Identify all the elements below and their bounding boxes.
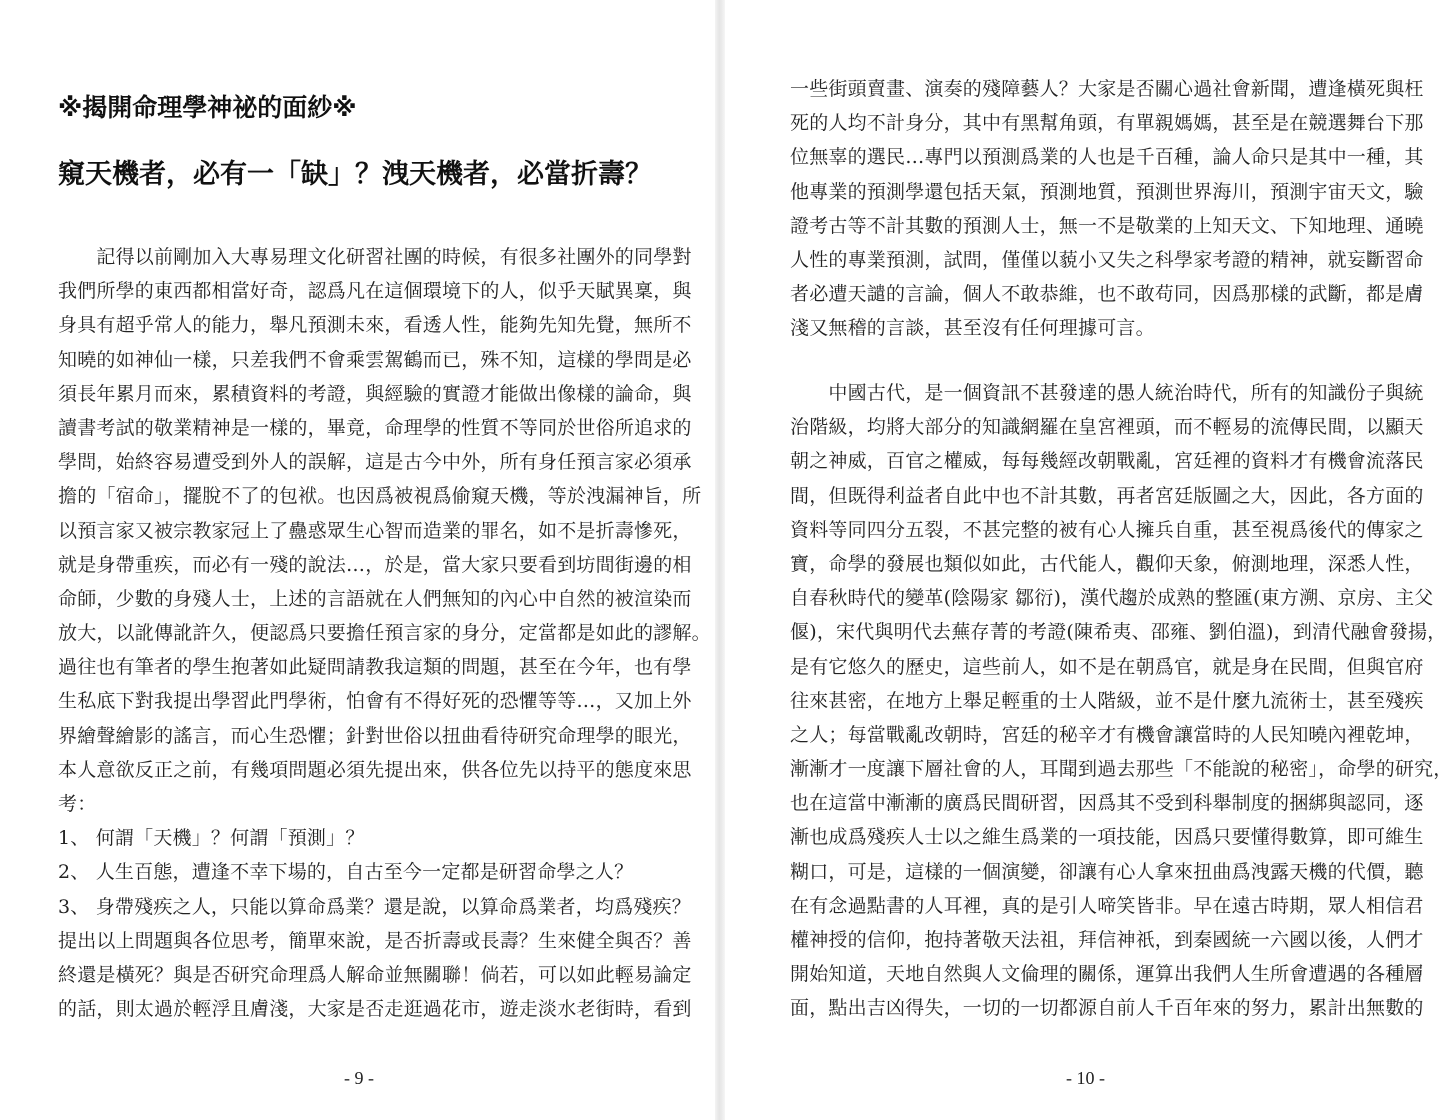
text-line: 死的人均不計身分，其中有黑幫角頭，有單親媽媽，甚至是在競選舞台下那 (790, 106, 1390, 140)
text-line: 一些街頭賣畫、演奏的殘障藝人？大家是否關心過社會新聞，遭逢橫死與枉 (790, 72, 1390, 106)
text-line: 自春秋時代的變革(陰陽家 鄒衍)，漢代趨於成熟的整匯(東方溯、京房、主父 (790, 581, 1390, 615)
text-line: 權神授的信仰，抱持著敬天法祖，拜信神祇，到秦國統一六國以後，人們才 (790, 923, 1390, 957)
text-line: 中國古代，是一個資訊不甚發達的愚人統治時代，所有的知識份子與統 (790, 376, 1390, 410)
text-line: 身具有超乎常人的能力，舉凡預測未來，看透人性，能夠先知先覺，無所不 (58, 308, 648, 342)
right-page-paragraph-2: 中國古代，是一個資訊不甚發達的愚人統治時代，所有的知識份子與統 治階級，均將大部… (790, 376, 1390, 1026)
text-line: 界繪聲繪影的謠言，而心生恐懼；針對世俗以扭曲看待研究命理學的眼光， (58, 719, 648, 753)
text-line: 面，點出吉凶得失，一切的一切都源自前人千百年來的努力，累計出無數的 (790, 991, 1390, 1025)
text-line: 資料等同四分五裂，不甚完整的被有心人擁兵自重，甚至視爲後代的傳家之 (790, 513, 1390, 547)
text-line: 記得以前剛加入大專易理文化研習社團的時候，有很多社團外的同學對 (58, 240, 648, 274)
text-line: 漸也成爲殘疾人士以之維生爲業的一項技能，因爲只要懂得數算，即可維生 (790, 820, 1390, 854)
right-page-paragraph-1: 一些街頭賣畫、演奏的殘障藝人？大家是否關心過社會新聞，遭逢橫死與枉 死的人均不計… (790, 72, 1390, 346)
text-line: 過往也有筆者的學生抱著如此疑問請教我這類的問題，甚至在今年，也有學 (58, 650, 648, 684)
text-line: 漸漸才一度讓下層社會的人，耳聞到過去那些「不能說的秘密」，命學的研究， (790, 752, 1390, 786)
text-line: 之人；每當戰亂改朝時，宮廷的秘辛才有機會讓當時的人民知曉內裡乾坤， (790, 718, 1390, 752)
chapter-heading: 窺天機者，必有一「缺」？洩天機者，必當折壽？ (58, 152, 652, 191)
text-line: 者必遭天譴的言論，個人不敢恭維，也不敢苟同，因爲那樣的武斷，都是膚 (790, 277, 1390, 311)
left-page-body: 記得以前剛加入大專易理文化研習社團的時候，有很多社團外的同學對 我們所學的東西都… (58, 240, 648, 1026)
text-line: 也在這當中漸漸的廣爲民間研習，因爲其不受到科舉制度的捆綁與認同，逐 (790, 786, 1390, 820)
section-title: ※揭開命理學神祕的面紗※ (58, 88, 357, 124)
text-line: 位無辜的選民…專門以預測爲業的人也是千百種，論人命只是其中一種，其 (790, 140, 1390, 174)
page-number: - 10 - (1066, 1068, 1105, 1089)
left-page: ※揭開命理學神祕的面紗※ 窺天機者，必有一「缺」？洩天機者，必當折壽？ 記得以前… (0, 0, 715, 1120)
text-line: 糊口，可是，這樣的一個演變，卻讓有心人拿來扭曲爲洩露天機的代價，聽 (790, 855, 1390, 889)
text-line: 放大，以訛傳訛許久，便認爲只要擔任預言家的身分，定當都是如此的謬解。 (58, 616, 648, 650)
question-item-2: 2、 人生百態，遭逢不幸下場的，自古至今一定都是研習命學之人？ (58, 855, 648, 889)
text-line: 提出以上問題與各位思考，簡單來說，是否折壽或長壽？生來健全與否？善 (58, 924, 648, 958)
text-line: 偃)，宋代與明代去蕪存菁的考證(陳希夷、邵雍、劉伯溫)，到清代融會發揚， (790, 615, 1390, 649)
text-line: 就是身帶重疾，而必有一殘的說法…，於是，當大家只要看到坊間街邊的相 (58, 548, 648, 582)
text-line: 以預言家又被宗教家冠上了蠱惑眾生心智而造業的罪名，如不是折壽慘死， (58, 514, 648, 548)
book-gutter (715, 0, 725, 1120)
text-line: 間，但既得利益者自此中也不計其數，再者宮廷版圖之大，因此，各方面的 (790, 479, 1390, 513)
text-line: 是有它悠久的歷史，這些前人，如不是在朝爲官，就是身在民間，但與官府 (790, 650, 1390, 684)
text-line: 的話，則太過於輕浮且膚淺，大家是否走逛過花市，遊走淡水老街時，看到 (58, 992, 648, 1026)
text-line: 淺又無稽的言談，甚至沒有任何理據可言。 (790, 311, 1390, 345)
text-line: 讀書考試的敬業精神是一樣的，畢竟，命理學的性質不等同於世俗所追求的 (58, 411, 648, 445)
text-line: 終還是橫死？與是否研究命理爲人解命並無關聯！倘若，可以如此輕易論定 (58, 958, 648, 992)
text-line: 朝之神威，百官之權威，每每幾經改朝戰亂，宮廷裡的資料才有機會流落民 (790, 444, 1390, 478)
page-number: - 9 - (344, 1068, 374, 1089)
text-line: 考： (58, 787, 648, 821)
question-item-3: 3、 身帶殘疾之人，只能以算命爲業？還是說，以算命爲業者，均爲殘疾？ (58, 890, 648, 924)
text-line: 須長年累月而來，累積資料的考證，與經驗的實證才能做出像樣的論命，與 (58, 377, 648, 411)
text-line: 學問，始終容易遭受到外人的誤解，這是古今中外，所有身任預言家必須承 (58, 445, 648, 479)
text-line: 開始知道，天地自然與人文倫理的關係，運算出我們人生所會遭遇的各種層 (790, 957, 1390, 991)
text-line: 生私底下對我提出學習此門學術，怕會有不得好死的恐懼等等…，又加上外 (58, 684, 648, 718)
text-line: 擔的「宿命」，擺脫不了的包袱。也因爲被視爲偷窺天機，等於洩漏神旨，所 (58, 479, 648, 513)
text-line: 人性的專業預測，試問，僅僅以藐小又失之科學家考證的精神，就妄斷習命 (790, 243, 1390, 277)
question-item-1: 1、 何謂「天機」？何謂「預測」？ (58, 821, 648, 855)
text-line: 他專業的預測學還包括天氣，預測地質，預測世界海川，預測宇宙天文，驗 (790, 175, 1390, 209)
text-line: 往來甚密，在地方上舉足輕重的士人階級，並不是什麼九流術士，甚至殘疾 (790, 684, 1390, 718)
text-line: 在有念過點書的人耳裡，真的是引人啼笑皆非。早在遠古時期，眾人相信君 (790, 889, 1390, 923)
text-line: 證考古等不計其數的預測人士，無一不是敬業的上知天文、下知地理、通曉 (790, 209, 1390, 243)
text-line: 本人意欲反正之前，有幾項問題必須先提出來，供各位先以持平的態度來思 (58, 753, 648, 787)
text-line: 知曉的如神仙一樣，只差我們不會乘雲駕鶴而已，殊不知，這樣的學問是必 (58, 343, 648, 377)
text-line: 我們所學的東西都相當好奇，認爲凡在這個環境下的人，似乎天賦異稟，與 (58, 274, 648, 308)
text-line: 治階級，均將大部分的知識網羅在皇宮裡頭，而不輕易的流傳民間，以顯天 (790, 410, 1390, 444)
text-line: 命師，少數的身殘人士，上述的言語就在人們無知的內心中自然的被渲染而 (58, 582, 648, 616)
text-line: 寶，命學的發展也類似如此，古代能人，觀仰天象，俯測地理，深悉人性， (790, 547, 1390, 581)
